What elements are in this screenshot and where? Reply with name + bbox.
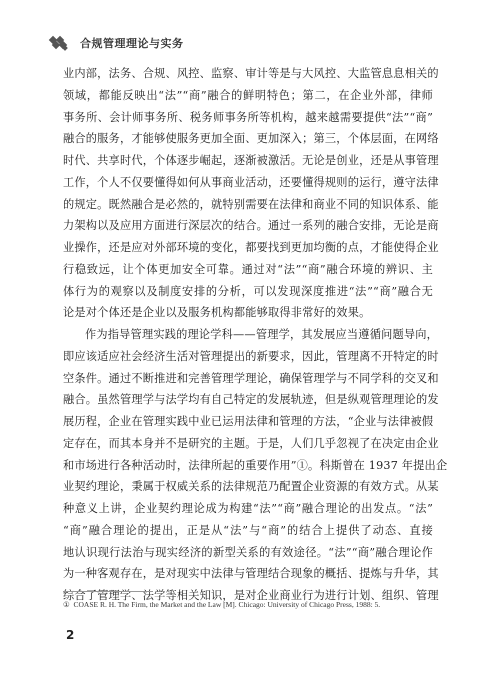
text-line: 力架构以及应用方面进行深层次的结合。通过一系列的融合安排，无论是商 — [63, 215, 433, 237]
body-text: 业内部，法务、合规、风控、监察、审计等是与大风控、大监管息息相关的领域，都能反映… — [63, 63, 433, 607]
text-line: 业内部，法务、合规、风控、监察、审计等是与大风控、大监管息息相关的 — [63, 63, 433, 85]
text-line: 领域，都能反映出“法”“商”融合的鲜明特色；第二，在企业外部，律师 — [63, 85, 433, 107]
text-line: 融合。虽然管理学与法学均有自己特定的发展轨迹，但是纵观管理理论的发 — [63, 389, 433, 411]
text-line: 作为指导管理实践的理论学科——管理学，其发展应当遵循问题导向， — [63, 324, 433, 346]
text-line: 论是对个体还是企业以及服务机构都能够取得非常好的效果。 — [63, 302, 433, 324]
footnote-divider — [63, 591, 153, 592]
text-line: 时代、共享时代，个体逐步崛起，逐渐被激活。无论是创业，还是从事管理 — [63, 150, 433, 172]
text-line: 行稳致远，让个体更加安全可靠。通过对“法”“商”融合环境的辨识、主 — [63, 259, 433, 281]
text-line: 定存在，而其本身并不是研究的主题。于是，人们几乎忽视了在决定由企业 — [63, 433, 433, 455]
footnote-text: COASE R. H. The Firm, the Market and the… — [73, 600, 380, 609]
text-line: “商”融合理论的提出，正是从“法”与“商”的结合上提供了动态、直接 — [63, 520, 433, 542]
text-line: 空条件。通过不断推进和完善管理学理论，确保管理学与不同学科的交叉和 — [63, 368, 433, 390]
text-line: 业契约理论，秉属于权威关系的法律规范乃配置企业资源的有效方式。从某 — [63, 476, 433, 498]
diamond-cluster-logo-icon — [48, 36, 70, 50]
text-line: 展历程，企业在管理实践中业已运用法律和管理的方法，“企业与法律被假 — [63, 411, 433, 433]
text-line: 体行为的观察以及制度安排的分析，可以发现深度推进“法”“商”融合无 — [63, 281, 433, 303]
text-line: 工作，个人不仅要懂得如何从事商业活动，还要懂得规则的运行，遵守法律 — [63, 172, 433, 194]
footnote: ① COASE R. H. The Firm, the Market and t… — [63, 600, 443, 609]
text-line: 的规定。既然融合是必然的，就特别需要在法律和商业不同的知识体系、能 — [63, 194, 433, 216]
text-line: 融合的服务，才能够使服务更加全面、更加深入；第三，个体层面，在网络 — [63, 128, 433, 150]
text-line: 业操作，还是应对外部环境的变化，都要找到更加均衡的点，才能使得企业 — [63, 237, 433, 259]
footnote-marker: ① — [63, 600, 70, 609]
page-number: 2 — [66, 628, 74, 642]
text-line: 即应该适应社会经济生活对管理提出的新要求，因此，管理离不开特定的时 — [63, 346, 433, 368]
text-line: 种意义上讲，企业契约理论成为构建“法”“商”融合理论的出发点。“法” — [63, 498, 433, 520]
text-line: 地认识现行法治与现实经济的新型关系的有效途径。“法”“商”融合理论作 — [63, 542, 433, 564]
text-line: 事务所、会计师事务所、税务师事务所等机构，越来越需要提供“法”“商” — [63, 107, 433, 129]
text-line: 和市场进行各种活动时，法律所起的重要作用”①。科斯曾在 1937 年提出企 — [63, 455, 433, 477]
text-line: 为一种客观存在，是对现实中法律与管理结合现象的概括、提炼与升华，其 — [63, 563, 433, 585]
running-header: 合规管理理论与实务 — [48, 34, 184, 52]
book-title: 合规管理理论与实务 — [80, 35, 184, 51]
